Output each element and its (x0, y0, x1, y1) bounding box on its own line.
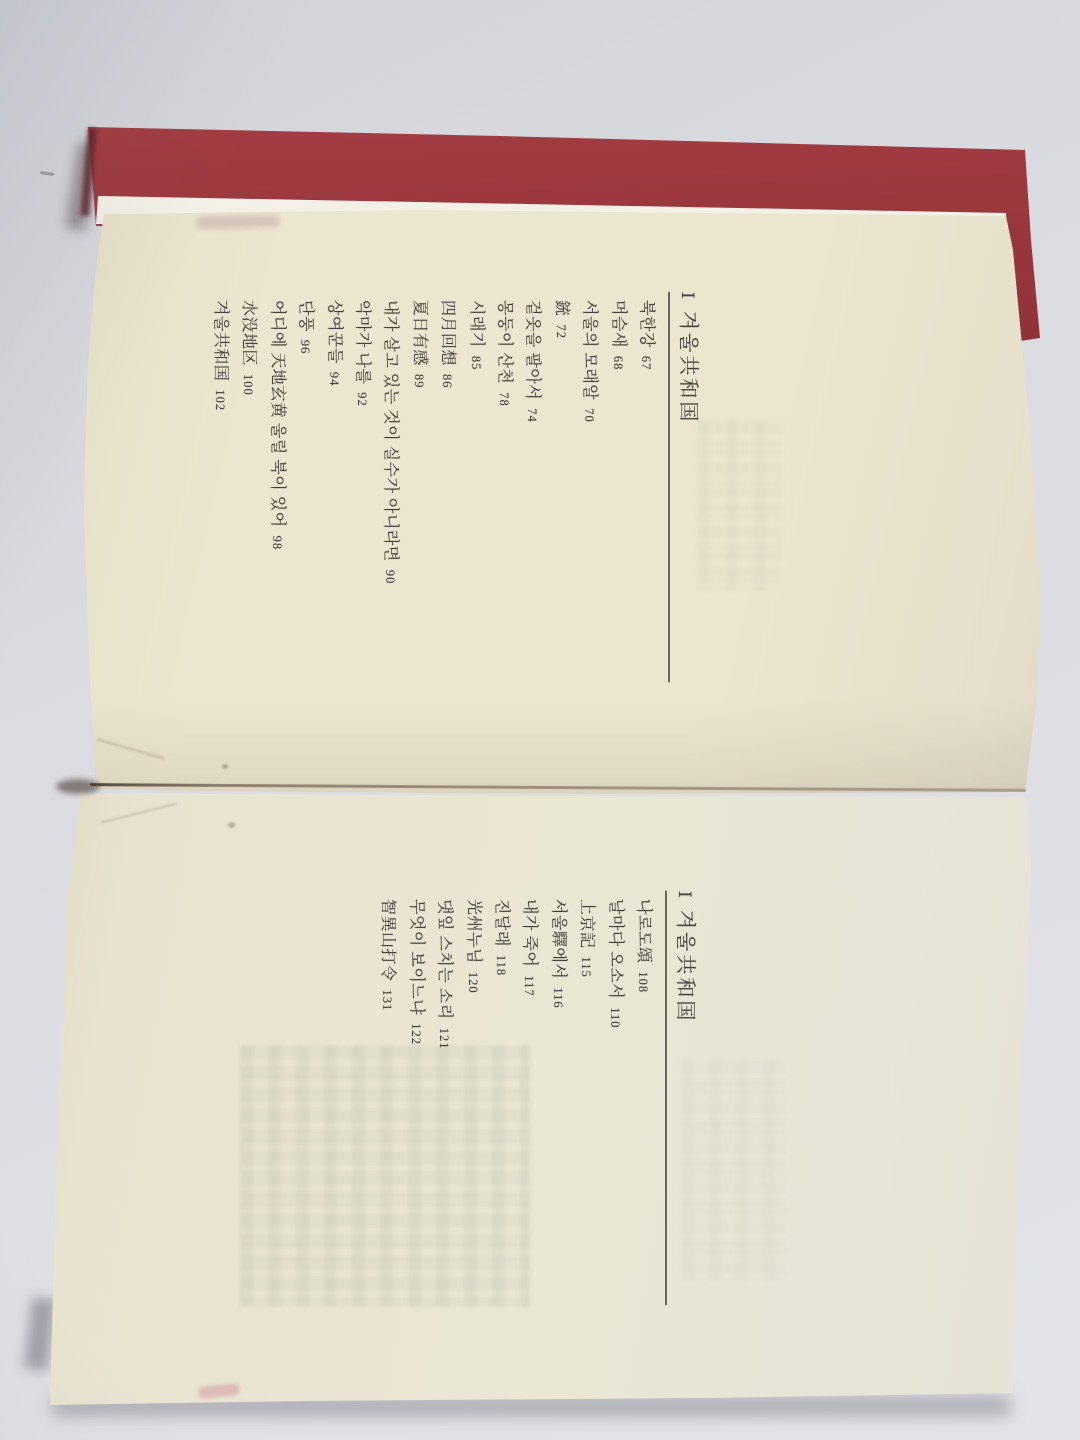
book-photo: Ⅰ겨울共和国 북한강67 머슴새68 서울의 모래알70 銃72 (0, 0, 1080, 1440)
entry-title: 겨울共和国 (212, 300, 229, 381)
entry-title: 시래기 (468, 300, 485, 348)
toc-entry: 어디에 天地玄黄 울릴 북이 있어98 (262, 300, 290, 692)
entry-title: 날마다 오소서 (607, 899, 624, 999)
entry-title: 상여꾼들 (326, 300, 343, 364)
entry-page-number: 102 (213, 389, 227, 411)
section-header: Ⅰ겨울共和国 (668, 292, 705, 682)
entry-page-number: 70 (582, 408, 596, 423)
entry-title: 내가 살고 있는 것이 실수가 아니라면 (382, 300, 399, 562)
entry-page-number: 121 (437, 1028, 451, 1050)
entry-title: 어디에 天地玄黄 울릴 북이 있어 (269, 300, 286, 528)
right-page-toc: Ⅰ겨울共和国 나로도頌108 날마다 오소서110 上京記115 서울驛에서11… (373, 891, 702, 1313)
toc-entry: 四月回想86 (433, 300, 461, 692)
toc-entry: 댓잎 스치는 소리121 (430, 899, 458, 1313)
entry-page-number: 98 (270, 536, 284, 551)
toc-entry: 상여꾼들94 (319, 300, 347, 692)
entry-page-number: 110 (608, 1007, 622, 1028)
entry-page-number: 90 (383, 570, 397, 585)
entry-title: 銃 (553, 300, 570, 317)
toc-entry: 내가 죽어117 (515, 899, 543, 1313)
section-numeral: Ⅰ (678, 292, 697, 299)
toc-entry: 몽둥이 산천78 (490, 300, 518, 692)
entry-title: 내가 죽어 (521, 899, 538, 967)
entry-title: 단풍 (297, 300, 314, 332)
toc-entry: 서울驛에서116 (543, 899, 571, 1313)
entry-page-number: 67 (639, 356, 653, 371)
entry-title: 서울의 모래알 (581, 300, 598, 400)
entry-title: 악마가 나를 (354, 300, 371, 384)
toc-entry: 智異山打令131 (373, 899, 401, 1313)
entry-page-number: 85 (469, 356, 483, 371)
toc-entry: 서울의 모래알70 (575, 300, 603, 692)
toc-entry: 水没地区100 (234, 300, 262, 692)
toc-list: 북한강67 머슴새68 서울의 모래알70 銃72 겉옷을 팔아서74 (206, 292, 661, 692)
toc-entry: 악마가 나를92 (348, 300, 376, 692)
page-stain (196, 215, 280, 228)
entry-page-number: 122 (409, 1023, 423, 1045)
toc-entry: 진달래118 (487, 899, 515, 1313)
showthrough-text-left-page (698, 420, 782, 590)
toc-entry: 시래기85 (461, 300, 489, 692)
entry-page-number: 96 (298, 340, 312, 355)
entry-page-number: 94 (327, 372, 341, 387)
toc-entry: 머슴새68 (603, 300, 631, 692)
entry-page-number: 115 (579, 957, 593, 978)
toc-entry: 단풍96 (291, 300, 319, 692)
entry-title: 진달래 (493, 899, 510, 947)
section-header: Ⅰ겨울共和国 (665, 891, 702, 1305)
entry-title: 智異山打令 (379, 899, 396, 982)
gutter-stain (56, 779, 100, 794)
entry-title: 夏日有感 (411, 300, 428, 366)
entry-title: 水没地区 (240, 300, 257, 366)
toc-entry: 내가 살고 있는 것이 실수가 아니라면90 (376, 300, 404, 692)
section-numeral: Ⅰ (675, 891, 694, 898)
left-page-toc: Ⅰ겨울共和国 북한강67 머슴새68 서울의 모래알70 銃72 (206, 292, 706, 692)
entry-title: 上京記 (578, 899, 595, 949)
entry-page-number: 116 (551, 987, 565, 1008)
entry-title: 四月回想 (439, 300, 456, 366)
entry-page-number: 68 (611, 356, 625, 371)
entry-page-number: 89 (412, 374, 426, 389)
entry-title: 겉옷을 팔아서 (524, 300, 541, 400)
entry-page-number: 117 (522, 975, 536, 996)
entry-title: 북한강 (638, 300, 655, 348)
toc-entry: 겉옷을 팔아서74 (518, 300, 546, 692)
section-title: 겨울共和国 (674, 910, 696, 1024)
fold-speck (228, 822, 235, 828)
entry-title: 몽둥이 산천 (496, 300, 513, 384)
toc-entry: 夏日有感89 (404, 300, 432, 692)
background-speck (40, 171, 54, 176)
entry-page-number: 131 (380, 990, 394, 1012)
entry-page-number: 100 (241, 374, 255, 396)
entry-page-number: 120 (466, 972, 480, 994)
entry-title: 서울驛에서 (550, 899, 567, 979)
entry-page-number: 72 (554, 325, 568, 340)
toc-entry: 上京記115 (572, 899, 600, 1313)
entry-title: 光州누님 (465, 899, 482, 964)
toc-entry: 나로도頌108 (629, 899, 657, 1313)
section-title: 겨울共和国 (677, 311, 699, 425)
toc-entry: 무엇이 보이느냐122 (401, 899, 429, 1313)
toc-entry: 겨울共和国102 (206, 300, 234, 692)
entry-page-number: 74 (525, 408, 539, 423)
toc-entry: 날마다 오소서110 (600, 899, 628, 1313)
entry-title: 무엇이 보이느냐 (408, 899, 425, 1015)
entry-title: 나로도頌 (635, 899, 652, 963)
entry-page-number: 92 (355, 392, 369, 407)
toc-list: 나로도頌108 날마다 오소서110 上京記115 서울驛에서116 내가 죽어… (373, 891, 657, 1313)
entry-page-number: 108 (636, 971, 650, 993)
toc-entry: 북한강67 (632, 300, 660, 692)
toc-entry: 光州누님120 (458, 899, 486, 1313)
entry-page-number: 118 (494, 955, 508, 976)
entry-page-number: 86 (440, 374, 454, 389)
entry-title: 머슴새 (610, 300, 627, 348)
fold-speck (222, 764, 228, 769)
entry-title: 댓잎 스치는 소리 (436, 899, 453, 1020)
toc-entry: 銃72 (546, 300, 574, 692)
entry-page-number: 78 (497, 392, 511, 407)
